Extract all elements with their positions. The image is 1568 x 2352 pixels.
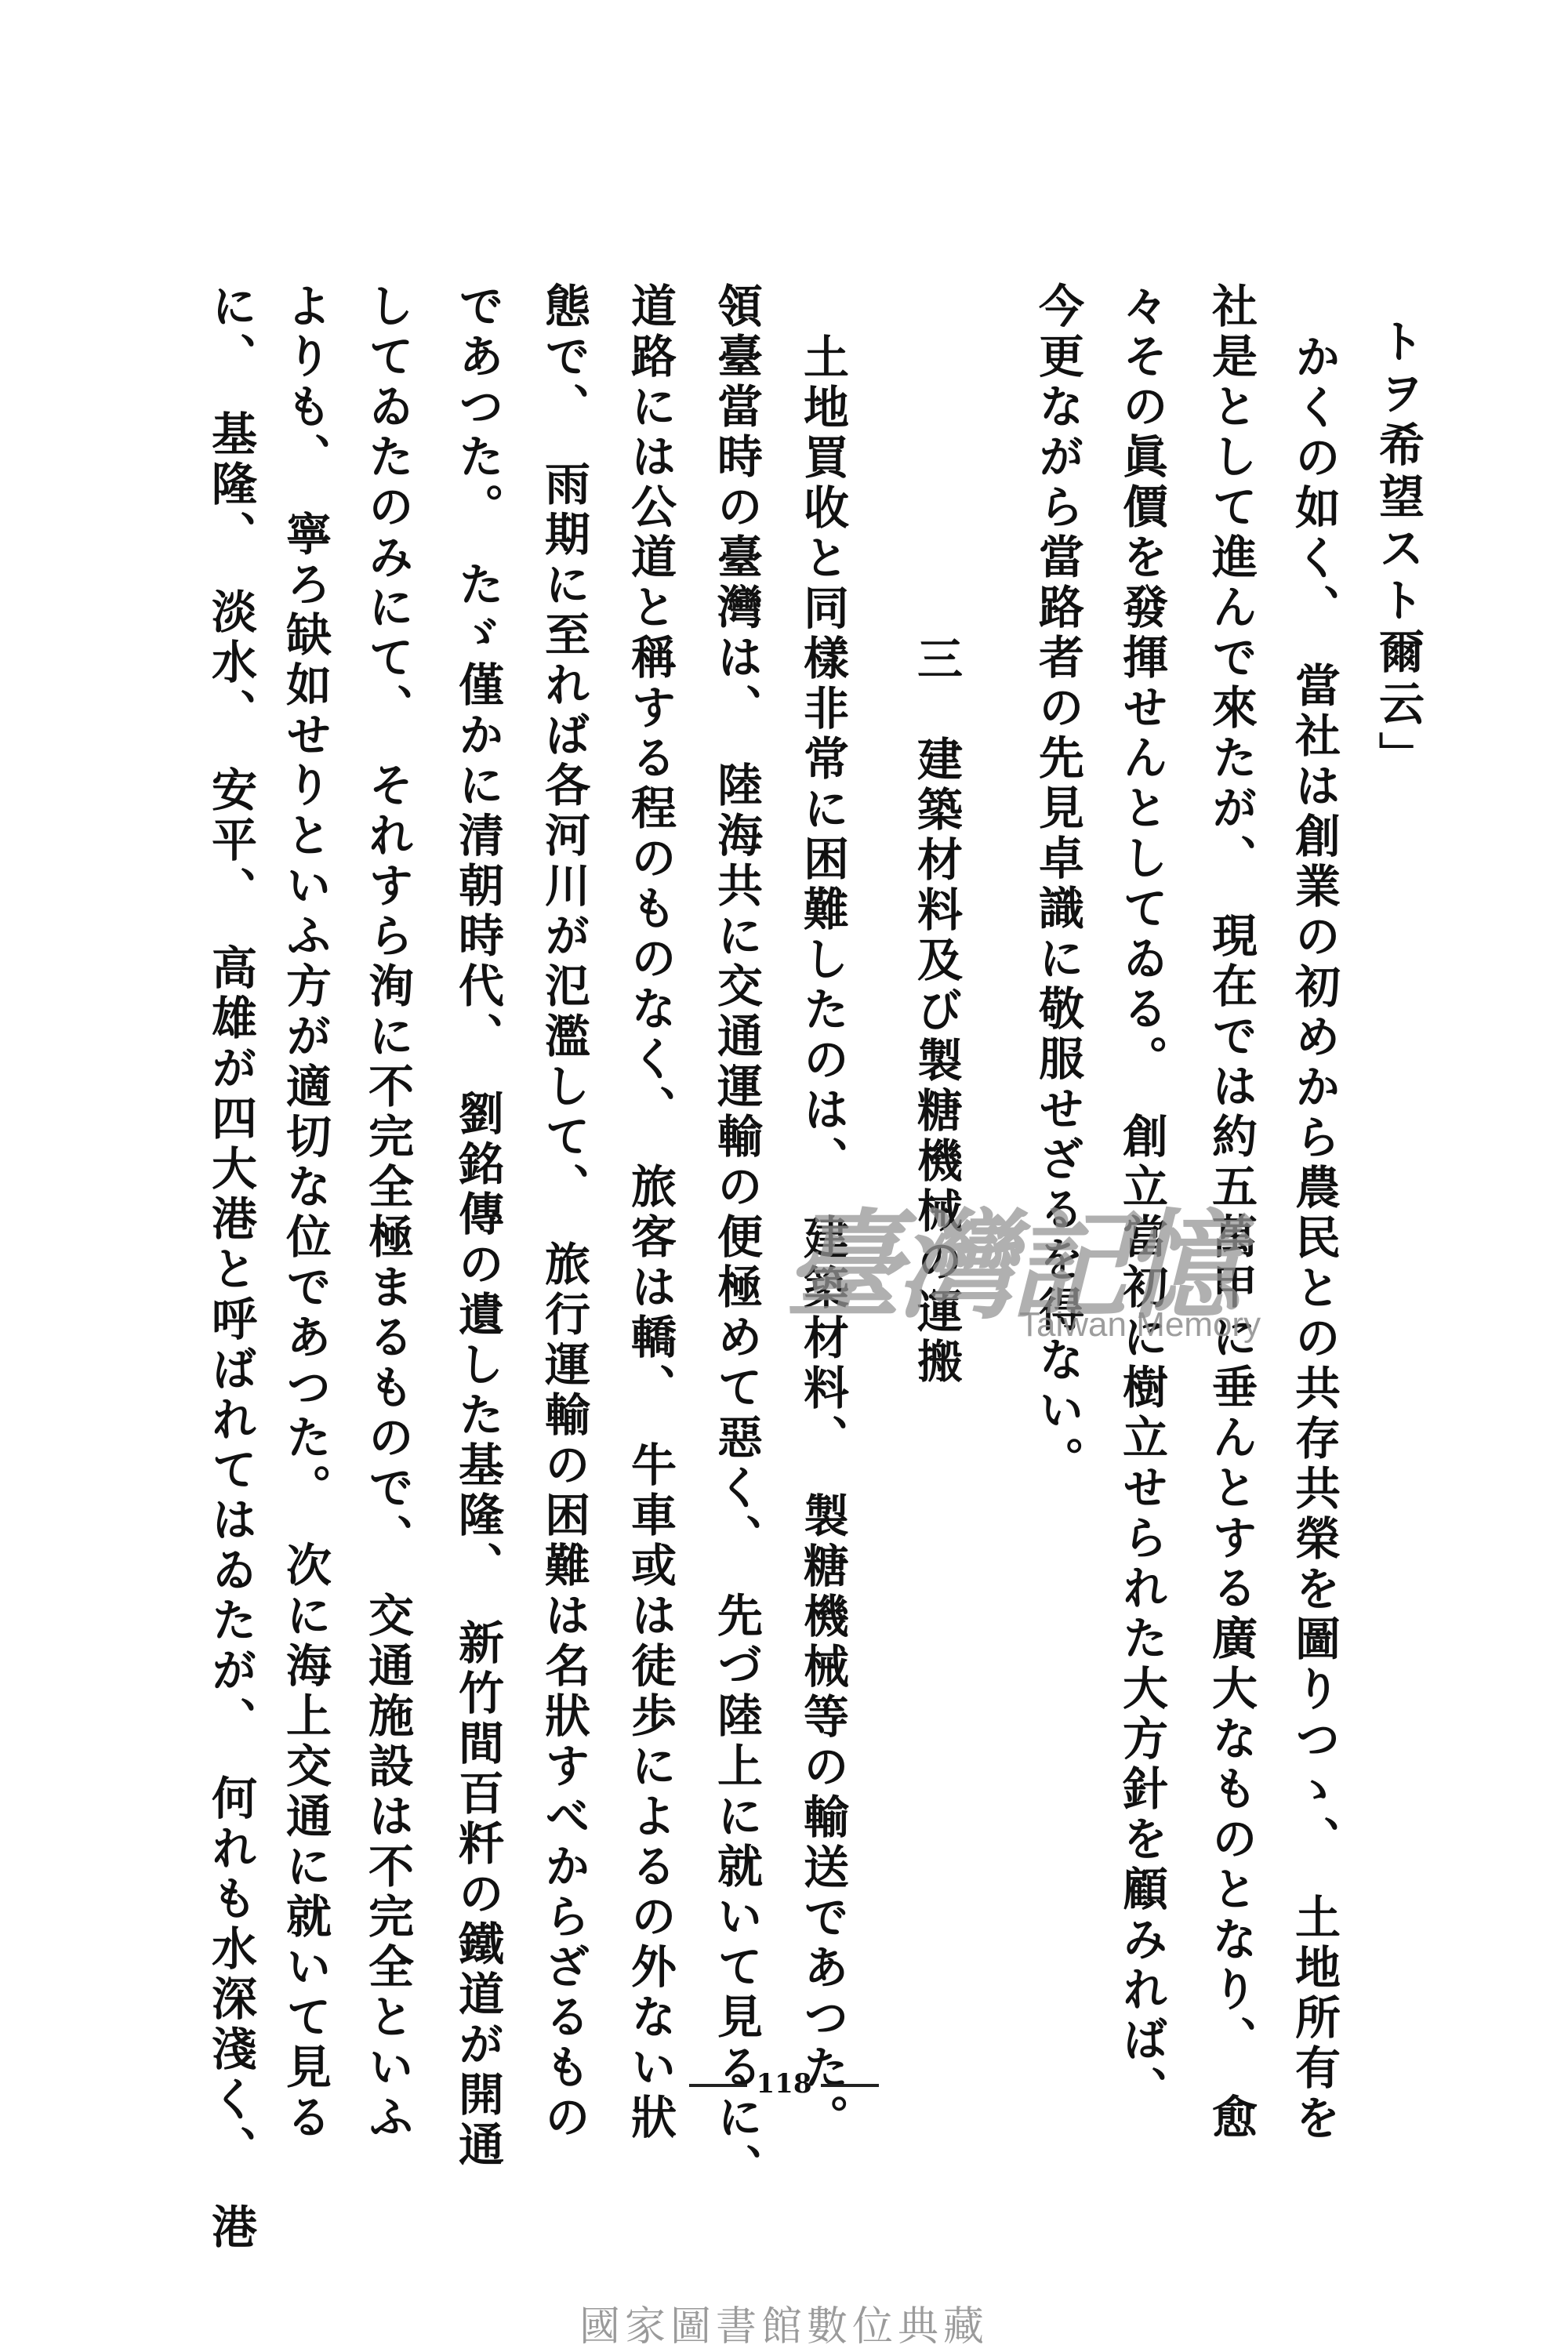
text-column-1: かくの如く、 當社は創業の初めから農民との共存共榮を圖りつゝ、 土地所有を [1284, 333, 1339, 2144]
text-column-10: してゐたのみにて、 それすら洵に不完全極まるもので、 交通施設は不完全といふ [358, 282, 412, 2143]
page-number-dash-right [821, 2084, 879, 2087]
text-column-6: 領臺當時の臺灣は、 陸海共に交通運輸の便極めて惡く、 先づ陸上に就いて見るに、 [706, 282, 761, 2194]
quote-closing-column: トヲ希望スト爾云」 [1368, 318, 1423, 783]
text-column-11: よりも、 寧ろ缺如せりといふ方が適切な位であつた。 次に海上交通に就いて見る [275, 282, 330, 2143]
section-heading: 三 建築材料及び製糖機械の運搬 [906, 635, 961, 1388]
text-column-2: 社是として進んで來たが、 現在では約五萬甲に垂んとする廣大なものとなり、 愈 [1201, 282, 1256, 2143]
text-column-12: に、 基隆、 淡水、 安平、 高雄が四大港と呼ばれてはゐたが、 何れも水深淺く、… [201, 282, 256, 2253]
document-page: トヲ希望スト爾云」 かくの如く、 當社は創業の初めから農民との共存共榮を圖りつゝ… [0, 0, 1568, 2352]
text-column-8: 態で、 雨期に至れば各河川が氾濫して、 旅行運輸の困難は名狀すべからざるもの [534, 282, 589, 2143]
page-number: 118 [0, 2068, 1568, 2100]
text-column-7: 道路には公道と稱する程のものなく、 旅客は轎、 牛車或は徒歩によるの外ない狀 [620, 282, 675, 2143]
page-number-value: 118 [757, 2068, 812, 2100]
text-column-4: 今更ながら當路者の先見卓識に敬服せざるを得ない。 [1028, 282, 1083, 1486]
text-column-3: 々その眞價を發揮せんとしてゐる。 創立當初に樹立せられた大方針を顧みれば、 [1112, 282, 1167, 2116]
collection-footer: 國家圖書館數位典藏 [0, 2293, 1568, 2352]
text-column-5: 土地買收と同樣非常に困難したのは、 建築材料、 製糖機械等の輸送であつた。 [793, 333, 848, 2144]
text-column-9: であつた。 たゞ僅かに清朝時代、 劉銘傳の遺した基隆、 新竹間百粁の鐵道が開通 [448, 282, 503, 2171]
page-number-dash-left [689, 2084, 747, 2087]
